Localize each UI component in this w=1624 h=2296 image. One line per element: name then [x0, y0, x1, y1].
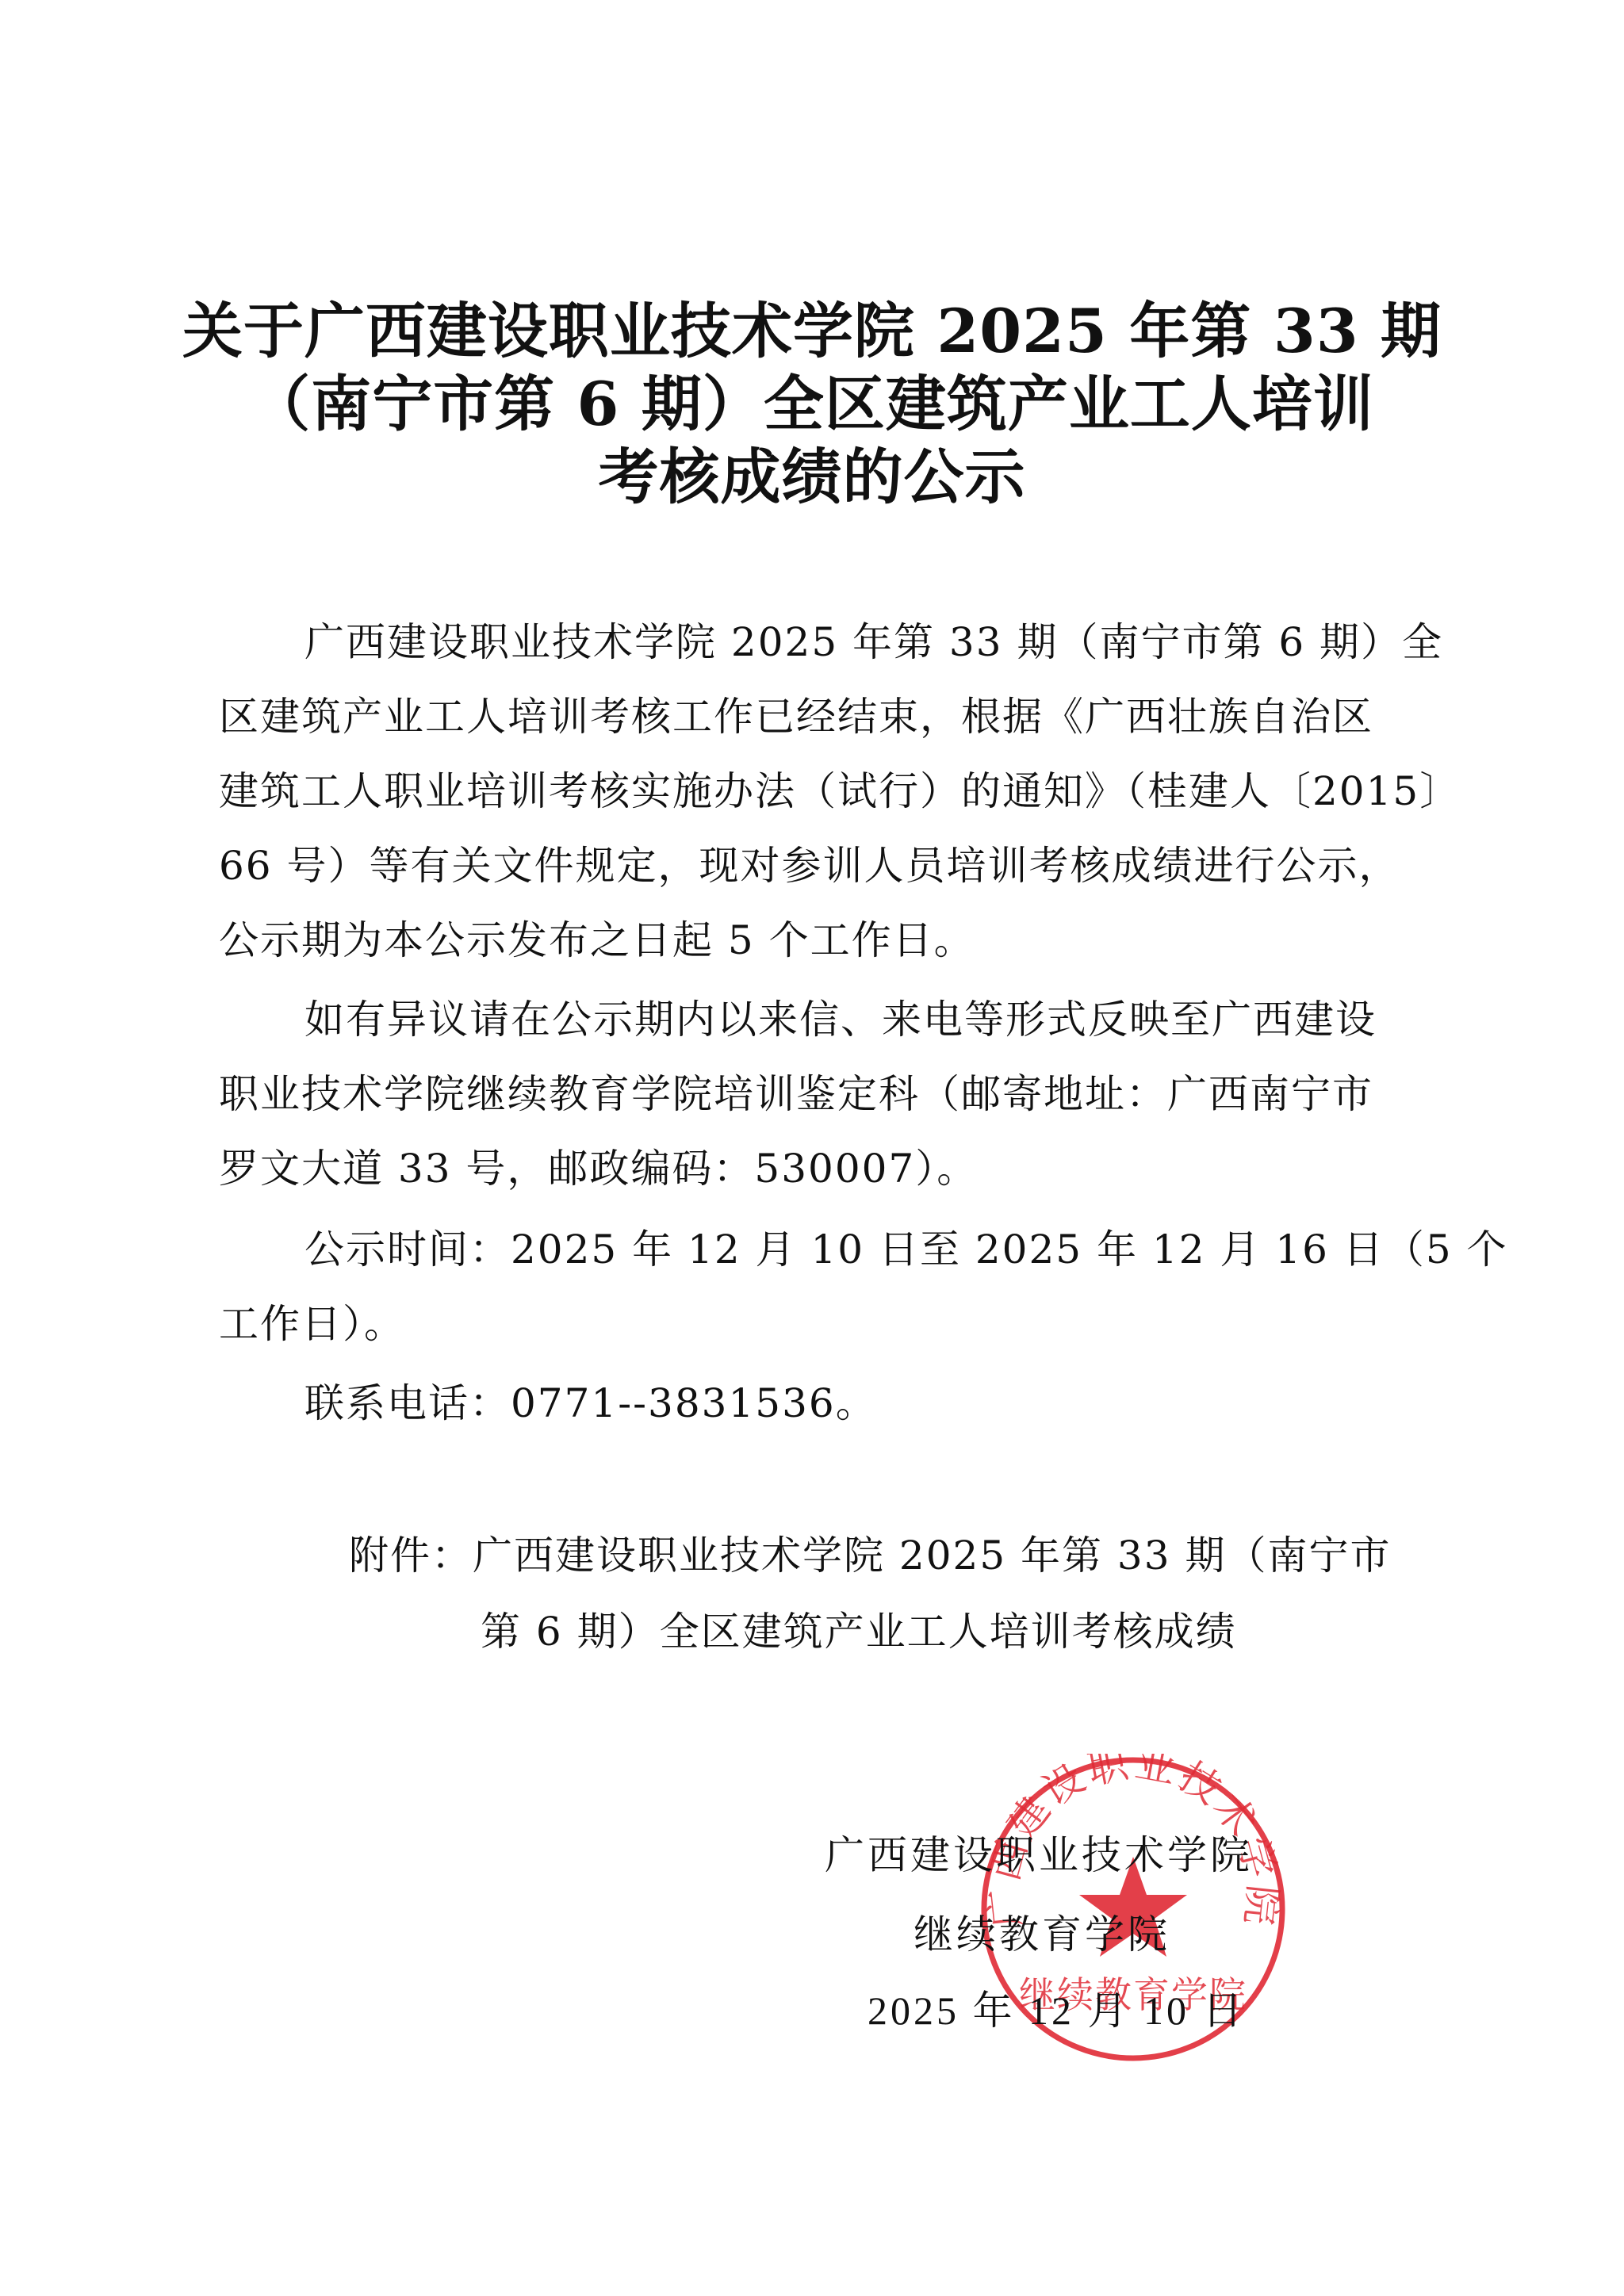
signature-dept: 继续教育学院 [913, 1911, 1170, 1958]
title-line-1: 关于广西建设职业技术学院 2025 年第 33 期 [0, 295, 1624, 368]
paragraph-line: 如有异议请在公示期内以来信、来电等形式反映至广西建设 [304, 996, 1510, 1043]
paragraph-line: 区建筑产业工人培训考核工作已经结束，根据《广西壮族自治区 [219, 693, 1424, 740]
paragraph-line: 罗文大道 33 号，邮政编码：530007）。 [219, 1145, 1424, 1192]
attachment-line: 第 6 期）全区建筑产业工人培训考核成绩 [481, 1608, 1237, 1655]
title-line-3: 考核成绩的公示 [0, 441, 1624, 514]
paragraph-line: 职业技术学院继续教育学院培训鉴定科（邮寄地址：广西南宁市 [219, 1070, 1424, 1118]
attachment-line: 附件：广西建设职业技术学院 2025 年第 33 期（南宁市 [349, 1532, 1391, 1579]
paragraph-line: 工作日）。 [219, 1300, 1424, 1348]
contact-phone: 联系电话：0771--3831536。 [304, 1380, 1510, 1427]
paragraph-line: 建筑工人职业培训考核实施办法（试行）的通知》（桂建人〔2015〕 [219, 767, 1424, 815]
signature-org: 广西建设职业技术学院 [825, 1831, 1253, 1879]
paragraph-line: 66 号）等有关文件规定，现对参训人员培训考核成绩进行公示， [219, 842, 1424, 890]
paragraph-line: 广西建设职业技术学院 2025 年第 33 期（南宁市第 6 期）全 [304, 618, 1510, 666]
document-title: 关于广西建设职业技术学院 2025 年第 33 期 （南宁市第 6 期）全区建筑… [0, 295, 1624, 514]
paragraph-line: 公示时间：2025 年 12 月 10 日至 2025 年 12 月 16 日（… [304, 1226, 1510, 1273]
signature-date: 2025 年 12 月 10 日 [868, 1987, 1246, 2034]
paragraph-line: 公示期为本公示发布之日起 5 个工作日。 [219, 916, 1424, 964]
title-line-2: （南宁市第 6 期）全区建筑产业工人培训 [0, 368, 1624, 441]
